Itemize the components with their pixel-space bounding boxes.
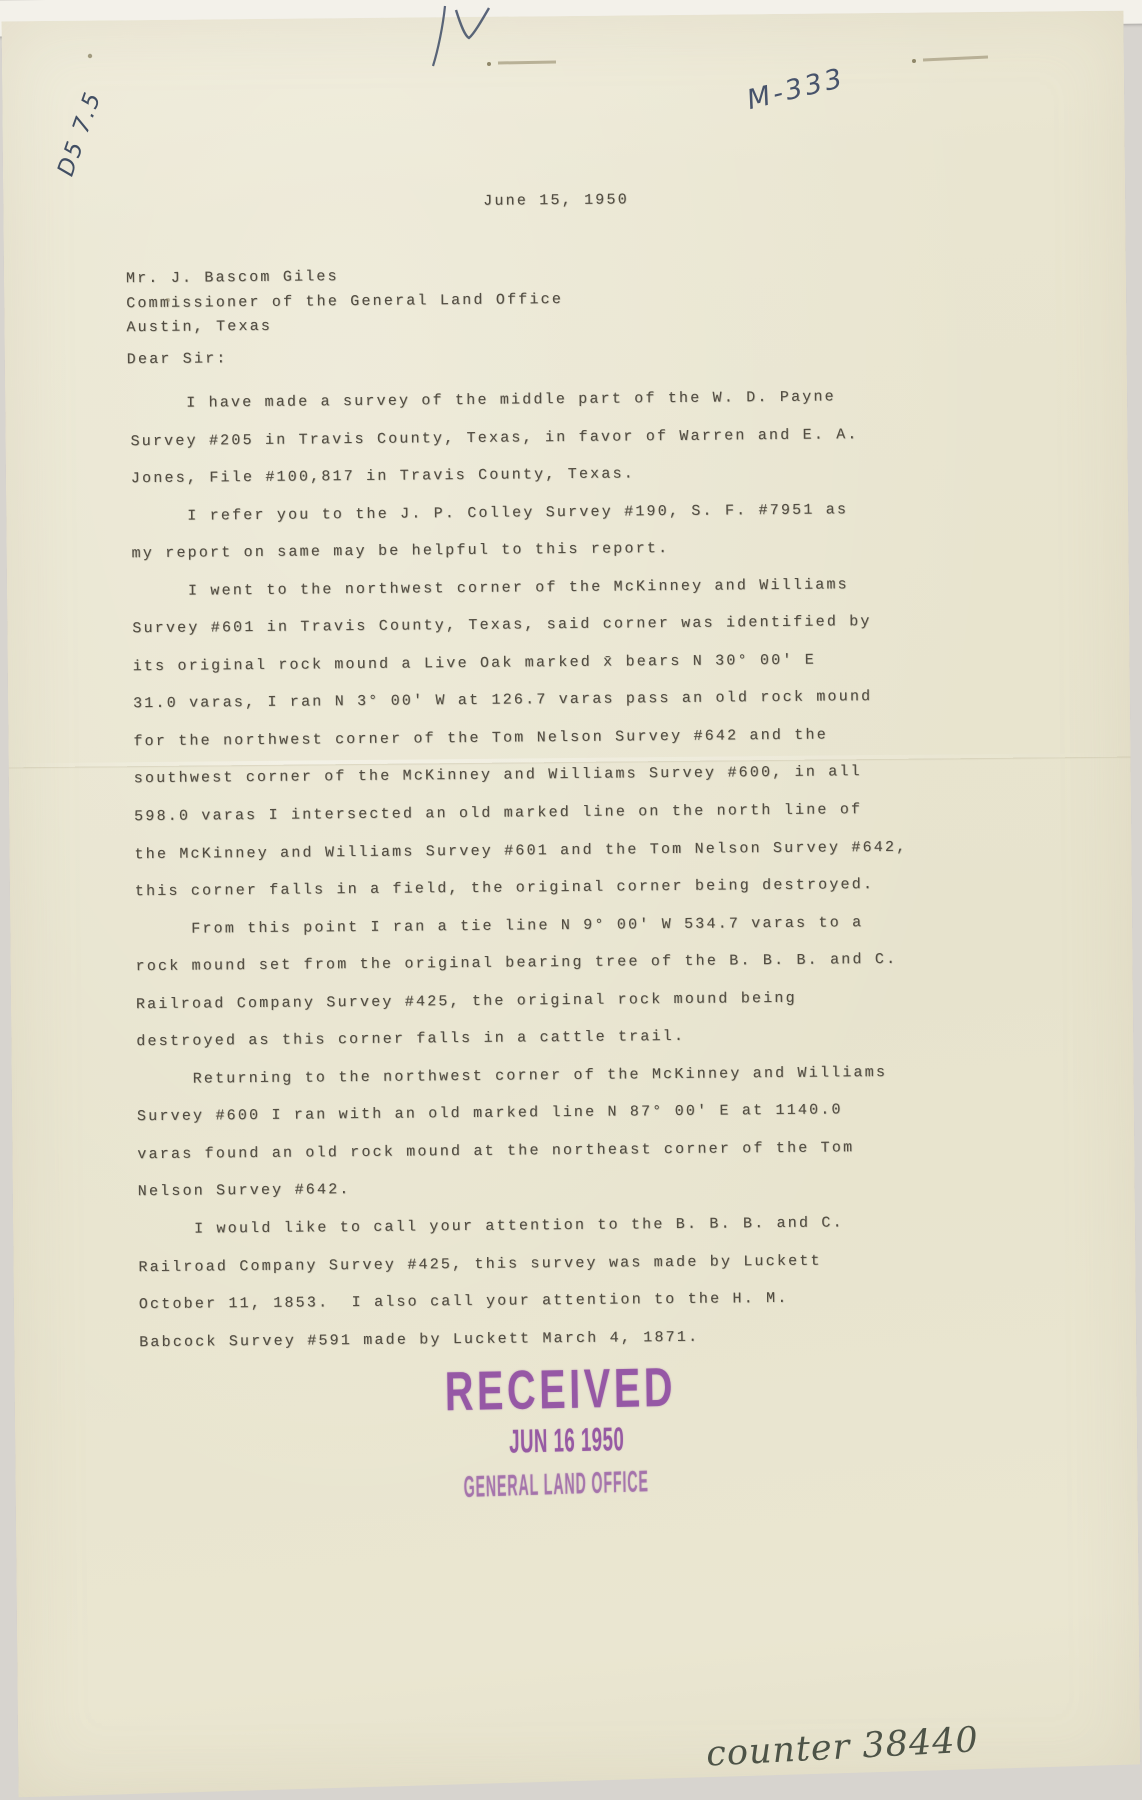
salutation: Dear Sir: <box>127 350 228 368</box>
received-stamp-office: GENERAL LAND OFFICE <box>463 1465 649 1505</box>
letter-line: Railroad Company Survey #425, this surve… <box>138 1241 911 1286</box>
letter-date: June 15, 1950 <box>483 191 629 209</box>
letter-line: I refer you to the J. P. Colley Survey #… <box>131 490 904 535</box>
letter-body: I have made a survey of the middle part … <box>130 378 912 1362</box>
handwritten-corner-code: D5 7.5 <box>53 88 107 180</box>
received-stamp-text: RECEIVED <box>444 1355 676 1423</box>
received-stamp-date: JUN 16 1950 <box>509 1420 625 1461</box>
letter-paper: D5 7.5 M-333 June 15, 1950 Mr. J. Bascom… <box>2 11 1141 1798</box>
scanned-letter-page: D5 7.5 M-333 June 15, 1950 Mr. J. Bascom… <box>0 0 1142 1800</box>
letter-line: Survey #205 in Travis County, Texas, in … <box>130 415 903 460</box>
letter-line: Railroad Company Survey #425, the origin… <box>136 979 909 1024</box>
recipient-line: Commissioner of the General Land Office <box>126 288 563 317</box>
recipient-address: Mr. J. Bascom GilesCommissioner of the G… <box>126 263 564 341</box>
recipient-line: Austin, Texas <box>126 312 563 341</box>
handwritten-counter-note: counter 38440 <box>705 1720 979 1774</box>
handwritten-file-code: M-333 <box>744 63 848 116</box>
letter-line: Babcock Survey #591 made by Luckett Marc… <box>139 1316 912 1361</box>
